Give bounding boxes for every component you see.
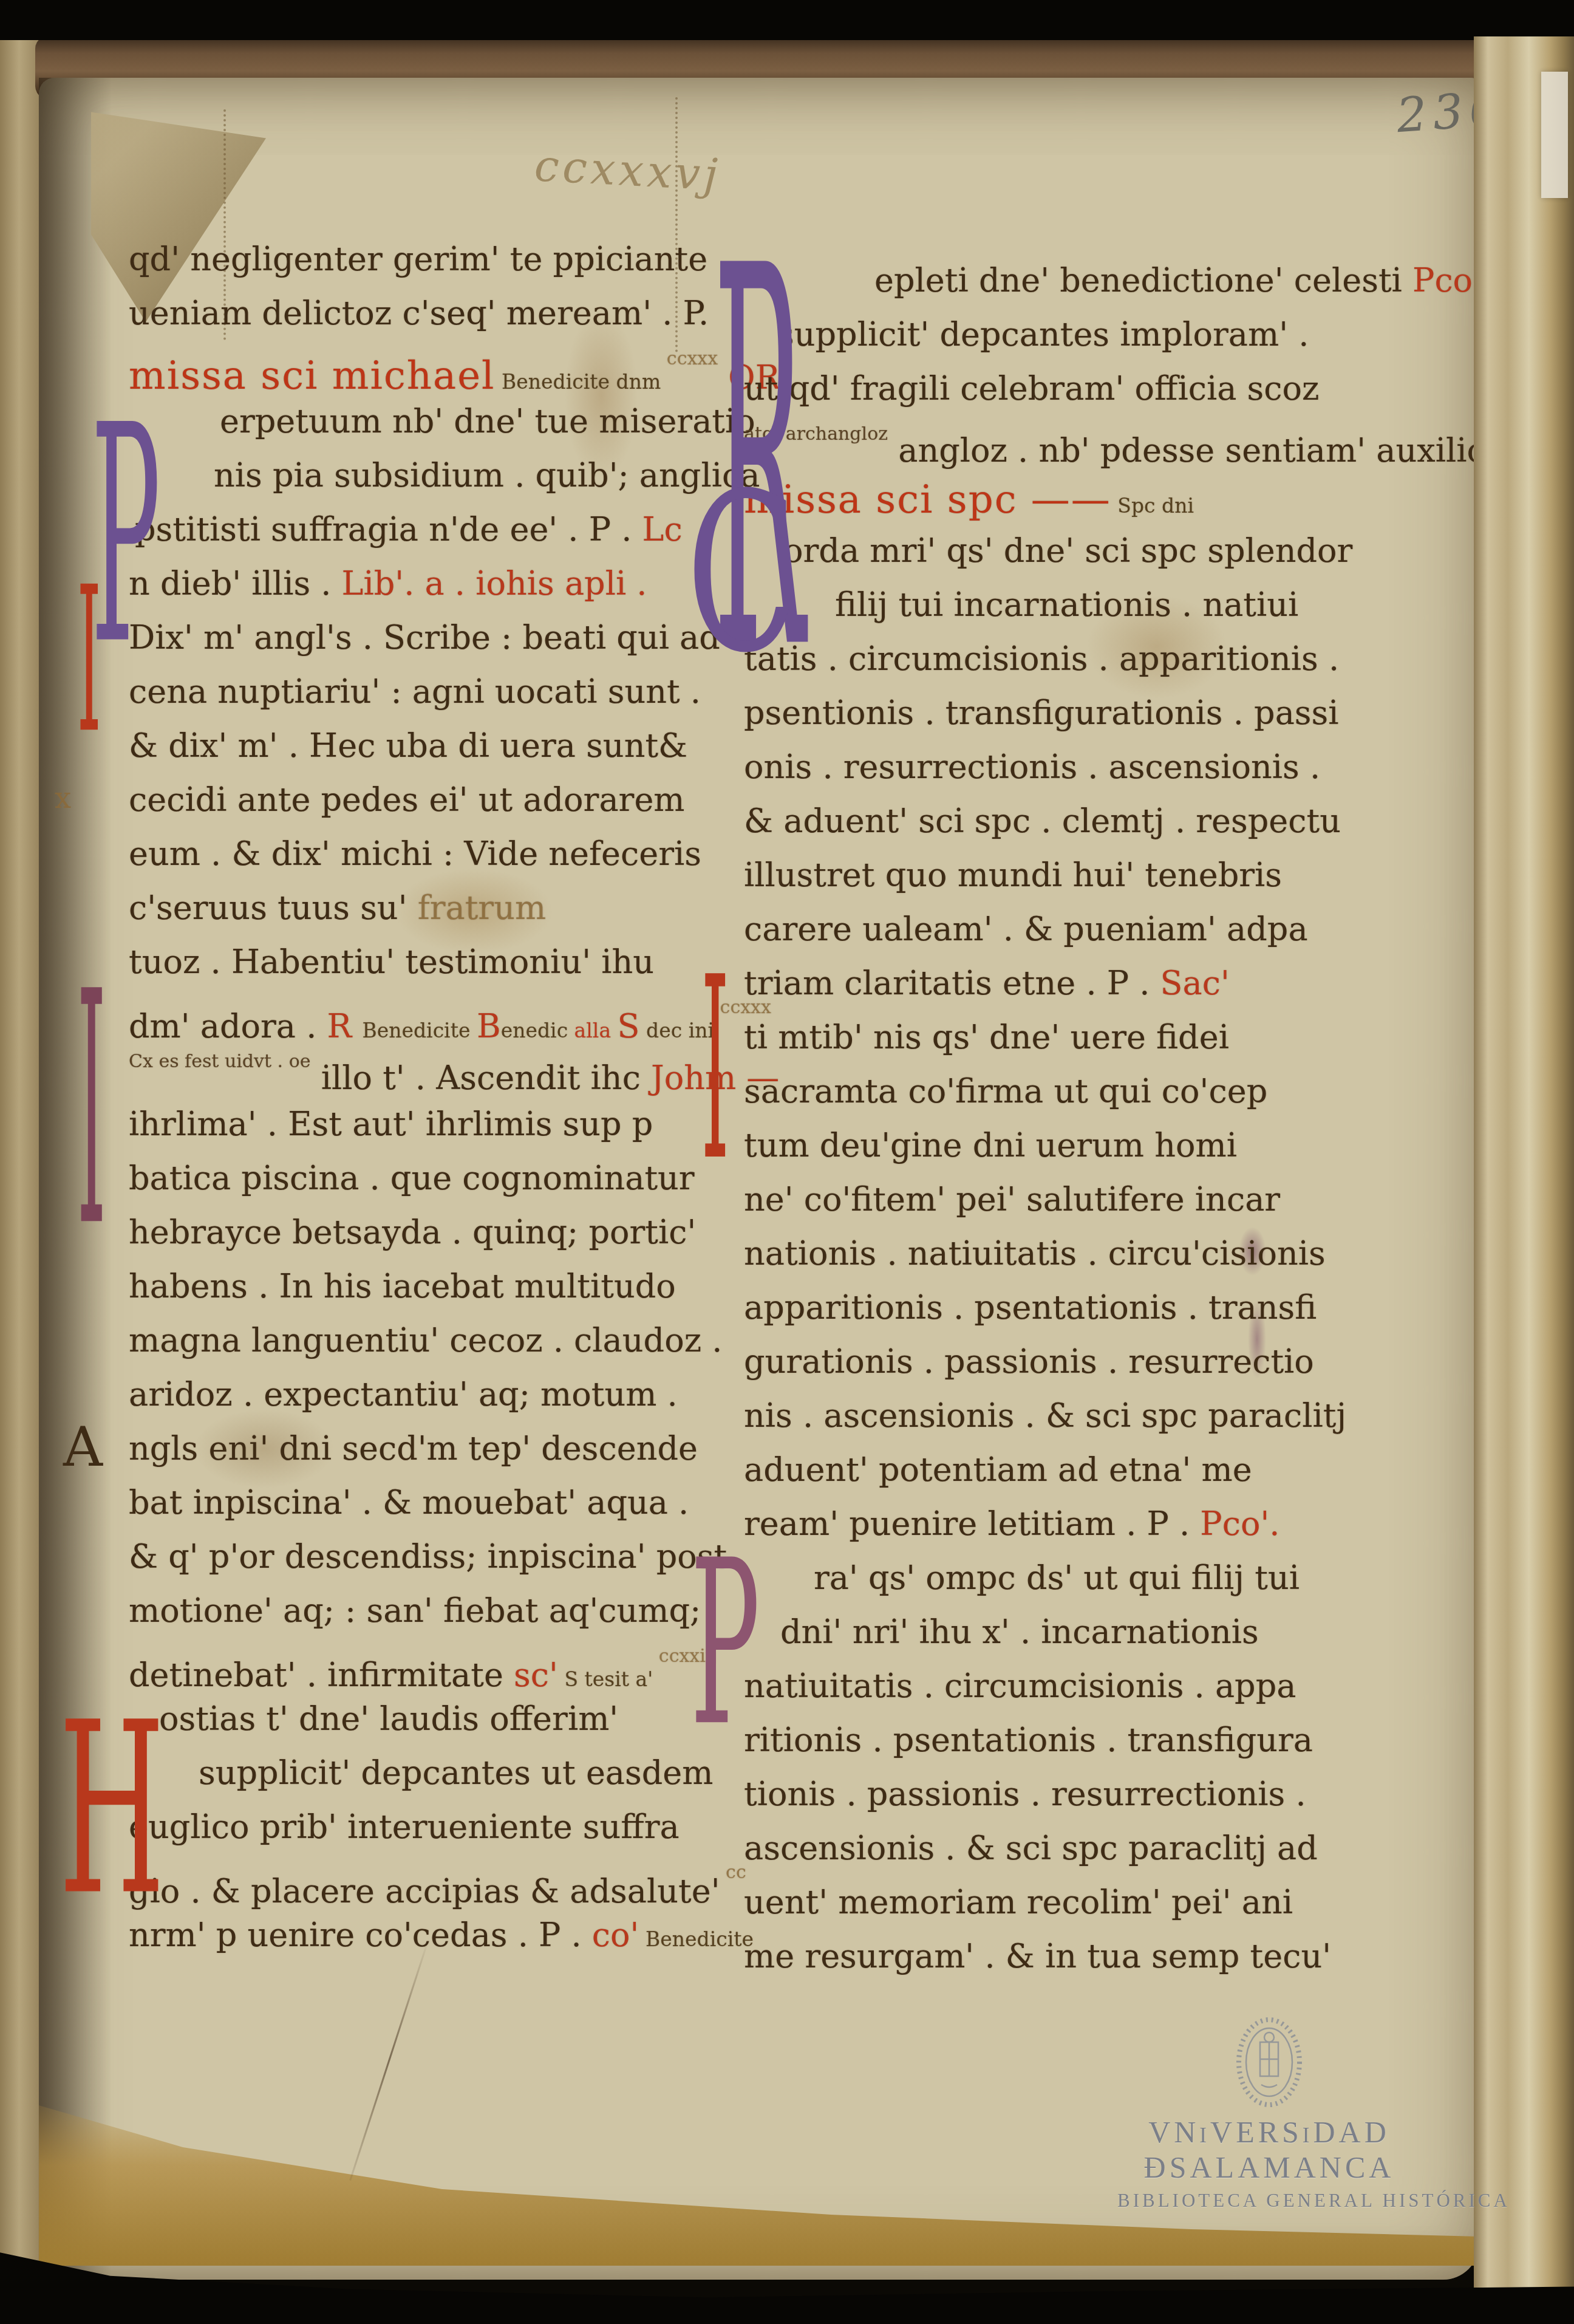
decorated-initial-P: P bbox=[91, 417, 160, 657]
text-segment: gio . & placere accipias & adsalute' bbox=[129, 1872, 720, 1910]
manuscript-text-line: ostias t' dne' laudis offerim' bbox=[129, 1700, 706, 1754]
text-segment: illo t' . Ascendit ihc bbox=[311, 1059, 652, 1097]
university-seal-icon bbox=[1236, 2017, 1303, 2108]
manuscript-text-line: dm' adora . R Benedicite Benedic alla S … bbox=[129, 997, 706, 1051]
text-segment: cecidi ante pedes ei' ut adorarem bbox=[129, 781, 685, 819]
manuscript-text-line: nrm' p uenire co'cedas . P . co' Benedic… bbox=[129, 1916, 706, 1970]
text-segment: detinebat' . infirmitate bbox=[129, 1656, 514, 1694]
text-segment: ra' qs' ompc ds' ut qui filij tui bbox=[814, 1559, 1300, 1597]
manuscript-text-line: me resurgam' . & in tua semp tecu' bbox=[744, 1937, 1321, 1991]
manuscript-text-line: ti mtib' nis qs' dne' uere fidei bbox=[744, 1018, 1321, 1072]
text-segment: filij tui incarnationis . natiui bbox=[835, 586, 1298, 624]
manuscript-text-line: eum . & dix' michi : Vide nefeceris bbox=[129, 835, 706, 889]
text-segment: ream' puenire letitiam . P . bbox=[744, 1505, 1190, 1543]
text-segment: ut qd' fragili celebram' officia scoz bbox=[744, 369, 1319, 408]
manuscript-text-line: hebrayce betsayda . quinq; portic' bbox=[129, 1213, 706, 1267]
text-segment: me resurgam' . & in tua semp tecu' bbox=[744, 1937, 1331, 1975]
text-segment: hebrayce betsayda . quinq; portic' bbox=[129, 1213, 696, 1251]
watermark-university-name: VNiVERSiDAD bbox=[1117, 2114, 1421, 2150]
text-segment: Cx es fest uidvt . oe bbox=[129, 1051, 311, 1072]
manuscript-text-line: cecidi ante pedes ei' ut adorarem bbox=[129, 781, 706, 835]
text-segment: nationis . natiuitatis . circu'cisionis bbox=[744, 1234, 1326, 1273]
manuscript-text-line: ne' co'fitem' pei' salutifere incar bbox=[744, 1180, 1321, 1234]
manuscript-text-line: psentionis . transfigurationis . passi bbox=[744, 694, 1321, 748]
text-segment: carere ualeam' . & pueniam' adpa bbox=[744, 910, 1308, 948]
text-segment: apparitionis . psentationis . transfi bbox=[744, 1288, 1317, 1327]
watermark-university-name-2: ÐSALAMANCA bbox=[1117, 2150, 1421, 2185]
text-segment: Lib'. a . iohis apli . bbox=[331, 564, 647, 603]
manuscript-text-line: orda mri' qs' dne' sci spc splendor bbox=[744, 531, 1321, 586]
manuscript-text-line: natiuitatis . circumcisionis . appa bbox=[744, 1667, 1321, 1721]
text-segment: alla bbox=[574, 1019, 618, 1042]
text-segment: sc' bbox=[514, 1656, 558, 1694]
text-segment: S bbox=[618, 1007, 640, 1045]
text-segment: ascensionis . & sci spc paraclitj ad bbox=[744, 1829, 1318, 1867]
manuscript-text-line: ihrlima' . Est aut' ihrlimis sup p bbox=[129, 1105, 706, 1159]
repair-tape bbox=[1541, 72, 1568, 198]
manuscript-text-line: habens . In his iacebat multitudo bbox=[129, 1267, 706, 1321]
text-segment: supplicit' depcantes ut easdem bbox=[199, 1754, 713, 1792]
manuscript-text-line: illustret quo mundi hui' tenebris bbox=[744, 856, 1321, 910]
manuscript-text-line: & dix' m' . Hec uba di uera sunt& bbox=[129, 726, 706, 781]
text-segment: enedic bbox=[501, 1019, 574, 1042]
text-segment: cc bbox=[720, 1862, 746, 1883]
manuscript-text-line: nationis . natiuitatis . circu'cisionis bbox=[744, 1234, 1321, 1288]
manuscript-text-line: uent' memoriam recolim' pei' ani bbox=[744, 1883, 1321, 1937]
decorated-initial-x: x bbox=[55, 787, 71, 810]
library-watermark: VNiVERSiDAD ÐSALAMANCA BIBLIOTECA GENERA… bbox=[1117, 2017, 1421, 2212]
decorated-initial-A: A bbox=[63, 1426, 103, 1469]
text-segment: & aduent' sci spc . clemtj . respectu bbox=[744, 802, 1341, 840]
text-column-right: epleti dne' benedictione' celesti Pco'.s… bbox=[744, 261, 1321, 1991]
text-segment: nrm' p uenire co'cedas . P . bbox=[129, 1916, 582, 1954]
text-segment: B bbox=[496, 370, 517, 394]
text-segment: motione' aq; : san' fiebat aq'cumq; bbox=[129, 1591, 701, 1630]
book-fore-edge bbox=[1474, 36, 1574, 2288]
text-segment: eum . & dix' michi : Vide nefeceris bbox=[129, 835, 701, 873]
manuscript-text-line: epleti dne' benedictione' celesti Pco'. bbox=[744, 261, 1321, 315]
photo-background-top bbox=[0, 0, 1574, 40]
manuscript-text-line: euglico prib' interueniente suffra bbox=[129, 1808, 706, 1862]
text-segment: c'seruus tuus su' bbox=[129, 889, 407, 927]
manuscript-text-line: c'seruus tuus su' fratrum bbox=[129, 889, 706, 943]
text-segment: S tesit a' bbox=[558, 1667, 653, 1691]
text-segment: pstitisti suffragia n'de ee' . P . bbox=[135, 510, 632, 549]
decorated-initial-I: I bbox=[77, 581, 101, 742]
text-segment: gurationis . passionis . resurrectio bbox=[744, 1342, 1314, 1381]
text-segment: triam claritatis etne . P . bbox=[744, 964, 1150, 1002]
manuscript-text-line: dni' nri' ihu x' . incarnationis bbox=[744, 1613, 1321, 1667]
text-segment: Pco'. bbox=[1190, 1505, 1279, 1543]
text-segment: ne' co'fitem' pei' salutifere incar bbox=[744, 1180, 1280, 1218]
text-segment: euglico prib' interueniente suffra bbox=[129, 1808, 680, 1846]
manuscript-text-line: nis . ascensionis . & sci spc paraclitj bbox=[744, 1396, 1321, 1451]
manuscript-text-line: bat inpiscina' . & mouebat' aqua . bbox=[129, 1483, 706, 1537]
text-segment: enedicite dnm bbox=[516, 370, 661, 394]
text-segment: Lc bbox=[632, 510, 682, 549]
text-segment: orda mri' qs' dne' sci spc splendor bbox=[783, 531, 1352, 570]
text-segment: ritionis . psentationis . transfigura bbox=[744, 1721, 1313, 1759]
manuscript-text-line: ngls eni' dni secd'm tep' descende bbox=[129, 1429, 706, 1483]
manuscript-text-line: filij tui incarnationis . natiui bbox=[744, 586, 1321, 640]
rubric-text: missa sci michael bbox=[129, 354, 496, 398]
manuscript-text-line: Cx es fest uidvt . oe illo t' . Ascendit… bbox=[129, 1051, 706, 1105]
manuscript-text-line: tionis . passionis . resurrectionis . bbox=[744, 1775, 1321, 1829]
manuscript-text-line: pstitisti suffragia n'de ee' . P . Lc bbox=[129, 510, 706, 564]
text-segment: Dix' m' angl's . Scribe : beati qui ad bbox=[129, 618, 720, 657]
manuscript-text-line: apparitionis . psentationis . transfi bbox=[744, 1288, 1321, 1342]
text-segment: R bbox=[327, 1007, 363, 1045]
text-segment: ueniam delictoz c'seq' meream' . P. bbox=[129, 294, 709, 332]
manuscript-text-line: sacramta co'firma ut qui co'cep bbox=[744, 1072, 1321, 1126]
text-segment: dm' adora . bbox=[129, 1007, 327, 1045]
manuscript-text-line: aridoz . expectantiu' aq; motum . bbox=[129, 1375, 706, 1429]
manuscript-text-line: carere ualeam' . & pueniam' adpa bbox=[744, 910, 1321, 964]
text-segment: B bbox=[477, 1007, 501, 1045]
text-segment: aridoz . expectantiu' aq; motum . bbox=[129, 1375, 678, 1413]
text-segment: aduent' potentiam ad etna' me bbox=[744, 1451, 1252, 1489]
text-segment: tatis . circumcisionis . apparitionis . bbox=[744, 640, 1339, 678]
text-segment: ihrlima' . Est aut' ihrlimis sup p bbox=[129, 1105, 653, 1143]
text-segment: Benedicite bbox=[639, 1927, 754, 1951]
manuscript-text-line: supplicit' depcantes imploram' . bbox=[744, 315, 1321, 369]
text-segment: cena nuptiariu' : agni uocati sunt . bbox=[129, 672, 701, 711]
text-segment: nis . ascensionis . & sci spc paraclitj bbox=[744, 1396, 1346, 1435]
text-segment: & q' p'or descendiss; inpiscina' post bbox=[129, 1537, 727, 1576]
text-segment: onis . resurrectionis . ascensionis . bbox=[744, 748, 1320, 786]
manuscript-text-line: ut qd' fragili celebram' officia scoz bbox=[744, 369, 1321, 423]
manuscript-text-line: tuoz . Habentiu' testimoniu' ihu bbox=[129, 943, 706, 997]
text-segment: fratrum bbox=[418, 889, 547, 927]
manuscript-text-line: gio . & placere accipias & adsalute' cc bbox=[129, 1862, 706, 1916]
text-segment: qd' negligenter gerim' te ppiciante bbox=[129, 240, 707, 278]
manuscript-text-line: triam claritatis etne . P . Sac' bbox=[744, 964, 1321, 1018]
manuscript-text-line: tatis . circumcisionis . apparitionis . bbox=[744, 640, 1321, 694]
manuscript-text-line: onis . resurrectionis . ascensionis . bbox=[744, 748, 1321, 802]
text-segment: bat inpiscina' . & mouebat' aqua . bbox=[129, 1483, 689, 1522]
text-segment: co' bbox=[582, 1916, 639, 1954]
text-segment: illustret quo mundi hui' tenebris bbox=[744, 856, 1282, 894]
text-segment: uent' memoriam recolim' pei' ani bbox=[744, 1883, 1293, 1921]
manuscript-text-line: ream' puenire letitiam . P . Pco'. bbox=[744, 1505, 1321, 1559]
manuscript-text-line: ascensionis . & sci spc paraclitj ad bbox=[744, 1829, 1321, 1883]
manuscript-text-line: magna languentiu' cecoz . claudoz . bbox=[129, 1321, 706, 1375]
decorated-initial-C: C bbox=[686, 486, 798, 661]
text-segment: natiuitatis . circumcisionis . appa bbox=[744, 1667, 1296, 1705]
manuscript-text-line: erpetuum nb' dne' tue miseratio bbox=[129, 402, 706, 456]
text-segment: Benedicite bbox=[362, 1019, 477, 1042]
manuscript-text-line: qd' negligenter gerim' te ppiciante bbox=[129, 240, 706, 294]
manuscript-text-line: n dieb' illis . Lib'. a . iohis apli . bbox=[129, 564, 706, 618]
manuscript-text-line: supplicit' depcantes ut easdem bbox=[129, 1754, 706, 1808]
decorated-initial-I: I bbox=[701, 971, 729, 1172]
manuscript-text-line: Dix' m' angl's . Scribe : beati qui ad bbox=[129, 618, 706, 672]
manuscript-text-line: tum deu'gine dni uerum homi bbox=[744, 1126, 1321, 1180]
watermark-library-name: BIBLIOTECA GENERAL HISTÓRICA bbox=[1117, 2190, 1421, 2212]
manuscript-text-line: & q' p'or descendiss; inpiscina' post bbox=[129, 1537, 706, 1591]
manuscript-text-line: nis pia subsidium . quib'; anglica bbox=[129, 456, 706, 510]
text-segment: tuoz . Habentiu' testimoniu' ihu bbox=[129, 943, 654, 981]
manuscript-text-line: missa sci spc —— Spc dni bbox=[744, 477, 1321, 531]
text-segment: tum deu'gine dni uerum homi bbox=[744, 1126, 1237, 1164]
text-segment: & dix' m' . Hec uba di uera sunt& bbox=[129, 726, 687, 765]
text-segment: magna languentiu' cecoz . claudoz . bbox=[129, 1321, 722, 1359]
text-segment: Sac' bbox=[1150, 964, 1229, 1002]
manuscript-text-line: cena nuptiariu' : agni uocati sunt . bbox=[129, 672, 706, 726]
text-segment: ngls eni' dni secd'm tep' descende bbox=[129, 1429, 698, 1468]
manuscript-text-line: aduent' potentiam ad etna' me bbox=[744, 1451, 1321, 1505]
text-segment: ostias t' dne' laudis offerim' bbox=[159, 1700, 618, 1738]
text-segment: ti mtib' nis qs' dne' uere fidei bbox=[744, 1018, 1229, 1056]
manuscript-text-line: atq; archangloz angloz . nb' pdesse sent… bbox=[744, 423, 1321, 477]
previous-page-edge bbox=[0, 36, 43, 2284]
text-segment: ccxxx bbox=[661, 348, 718, 369]
text-segment: Spc dni bbox=[1111, 494, 1194, 518]
manuscript-text-line: batica piscina . que cognominatur bbox=[129, 1159, 706, 1213]
decorated-initial-P: P bbox=[690, 1554, 760, 1735]
text-segment: batica piscina . que cognominatur bbox=[129, 1159, 695, 1197]
text-segment: supplicit' depcantes imploram' . bbox=[777, 315, 1309, 354]
manuscript-text-line: gurationis . passionis . resurrectio bbox=[744, 1342, 1321, 1396]
manuscript-text-line: ra' qs' ompc ds' ut qui filij tui bbox=[744, 1559, 1321, 1613]
text-segment: psentionis . transfigurationis . passi bbox=[744, 694, 1339, 732]
text-segment: erpetuum nb' dne' tue miseratio bbox=[220, 402, 755, 440]
manuscript-text-line: missa sci michael Benedicite dnm ccxxx O… bbox=[129, 348, 706, 402]
text-segment: habens . In his iacebat multitudo bbox=[129, 1267, 676, 1305]
manuscript-text-line: ritionis . psentationis . transfigura bbox=[744, 1721, 1321, 1775]
manuscript-text-line: motione' aq; : san' fiebat aq'cumq; bbox=[129, 1591, 706, 1646]
text-segment: tionis . passionis . resurrectionis . bbox=[744, 1775, 1306, 1813]
manuscript-photo: 236 ccxxxvj qd' negligenter gerim' te pp… bbox=[0, 0, 1574, 2324]
text-segment bbox=[407, 889, 417, 927]
manuscript-text-line: detinebat' . infirmitate sc' S tesit a' … bbox=[129, 1646, 706, 1700]
decorated-initial-I: I bbox=[77, 986, 106, 1242]
manuscript-text-line: ueniam delictoz c'seq' meream' . P. bbox=[129, 294, 706, 348]
text-segment: angloz . nb' pdesse sentiam' auxilio . bbox=[888, 431, 1507, 470]
decorated-initial-H: H bbox=[59, 1716, 165, 1905]
text-column-left: qd' negligenter gerim' te ppicianteuenia… bbox=[129, 240, 706, 1970]
manuscript-text-line: & aduent' sci spc . clemtj . respectu bbox=[744, 802, 1321, 856]
text-segment: sacramta co'firma ut qui co'cep bbox=[744, 1072, 1267, 1110]
text-segment: dni' nri' ihu x' . incarnationis bbox=[780, 1613, 1259, 1651]
ink-folio-numeral: ccxxxvj bbox=[533, 140, 722, 200]
text-segment: nis pia subsidium . quib'; anglica bbox=[214, 456, 760, 494]
text-segment: epleti dne' benedictione' celesti bbox=[874, 261, 1412, 299]
